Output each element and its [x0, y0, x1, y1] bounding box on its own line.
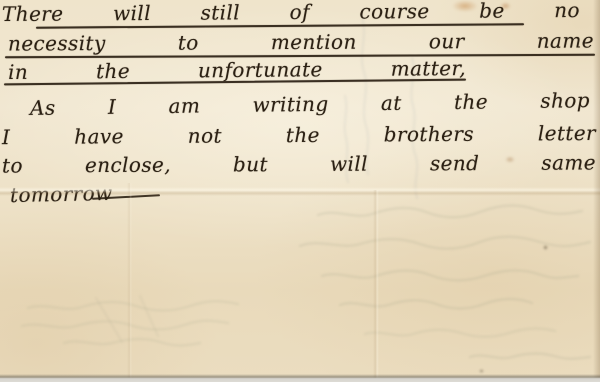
- word: will: [330, 151, 368, 177]
- word: brothers: [384, 121, 474, 148]
- word: am: [168, 93, 200, 119]
- word: our: [429, 28, 465, 54]
- word: send: [430, 150, 480, 176]
- handwritten-line-6: to enclose, but will send same: [2, 149, 596, 178]
- word: unfortunate: [198, 56, 323, 83]
- word: still: [200, 0, 240, 26]
- ink-speck: [479, 369, 484, 373]
- word: necessity: [8, 30, 106, 57]
- word: shop: [540, 87, 590, 114]
- word: in: [8, 59, 28, 85]
- handwritten-line-5: I have not the brothers letter: [2, 120, 596, 150]
- word: I: [2, 124, 10, 150]
- word: but: [233, 151, 268, 177]
- word: I: [108, 94, 117, 120]
- word: same: [541, 149, 596, 175]
- word: to: [178, 30, 199, 56]
- word: There: [2, 1, 64, 27]
- word: of: [290, 0, 310, 25]
- rust-stain: [452, 0, 478, 12]
- word: tomorrow: [10, 180, 113, 208]
- word: the: [454, 89, 488, 115]
- word: matter,: [391, 55, 467, 82]
- handwritten-line-4: As I am writing at the shop: [30, 87, 590, 121]
- word: not: [188, 123, 222, 149]
- paper-bottom-edge: [0, 374, 600, 382]
- handwriting-layer: There will still of course be no necessi…: [0, 0, 600, 382]
- word: letter: [538, 120, 596, 146]
- word: the: [286, 122, 320, 148]
- handwritten-line-7: tomorrow: [10, 180, 113, 208]
- word: course: [359, 0, 429, 25]
- rust-stain: [500, 2, 511, 10]
- ink-speck: [543, 245, 548, 250]
- word: name: [537, 27, 594, 53]
- word: to: [2, 152, 23, 178]
- word: the: [96, 58, 130, 84]
- word: have: [74, 123, 124, 149]
- word: will: [113, 0, 151, 26]
- scanned-letter: There will still of course be no necessi…: [0, 0, 600, 382]
- word: enclose,: [85, 152, 171, 178]
- word: writing: [252, 91, 328, 118]
- word: mention: [271, 29, 357, 55]
- rust-stain: [505, 156, 515, 163]
- word: As: [30, 95, 56, 121]
- handwritten-line-2: necessity to mention our name: [8, 27, 594, 56]
- word: no: [554, 0, 580, 23]
- word: at: [381, 90, 402, 116]
